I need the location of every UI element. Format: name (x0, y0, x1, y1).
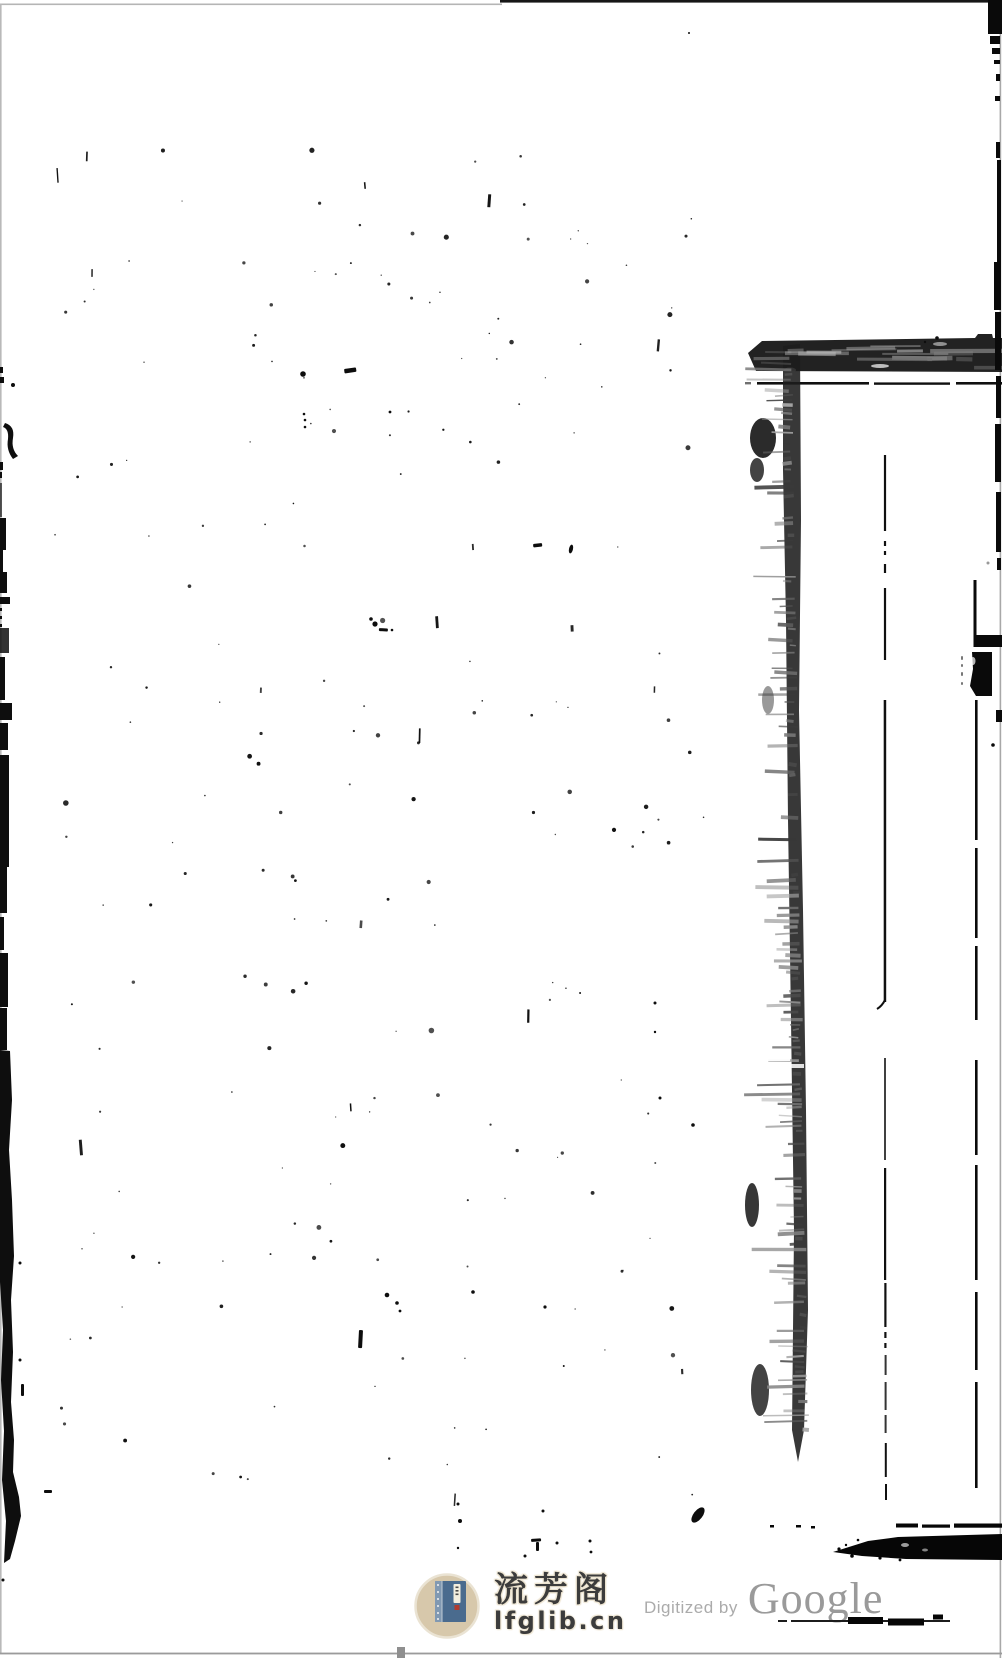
page-frame-brush-column (744, 344, 1002, 1462)
left-edge-ink-strip (0, 367, 21, 1582)
google-logo: Google (748, 1577, 884, 1621)
lfglib-watermark: 流芳阁 lfglib.cn (414, 1572, 626, 1640)
red-seal (455, 1605, 460, 1610)
scanned-page-ink (0, 0, 1002, 1658)
book-cover (435, 1581, 466, 1622)
watermark-chinese-title: 流芳阁 (494, 1572, 626, 1608)
ink-blotches (11, 32, 990, 1558)
watermark-site-url: lfglib.cn (494, 1608, 626, 1634)
right-edge-marks (970, 0, 1002, 1488)
thread-bound-book-icon (414, 1572, 480, 1640)
digitized-by-label: Digitized by (644, 1598, 738, 1618)
ink-speckles (54, 148, 704, 1506)
page-frame-top-bar (745, 334, 1002, 385)
scan-edge-borders (0, 0, 1002, 1658)
column-divider-line (877, 455, 887, 1500)
digitization-credit: Digitized by Google (644, 1577, 883, 1621)
